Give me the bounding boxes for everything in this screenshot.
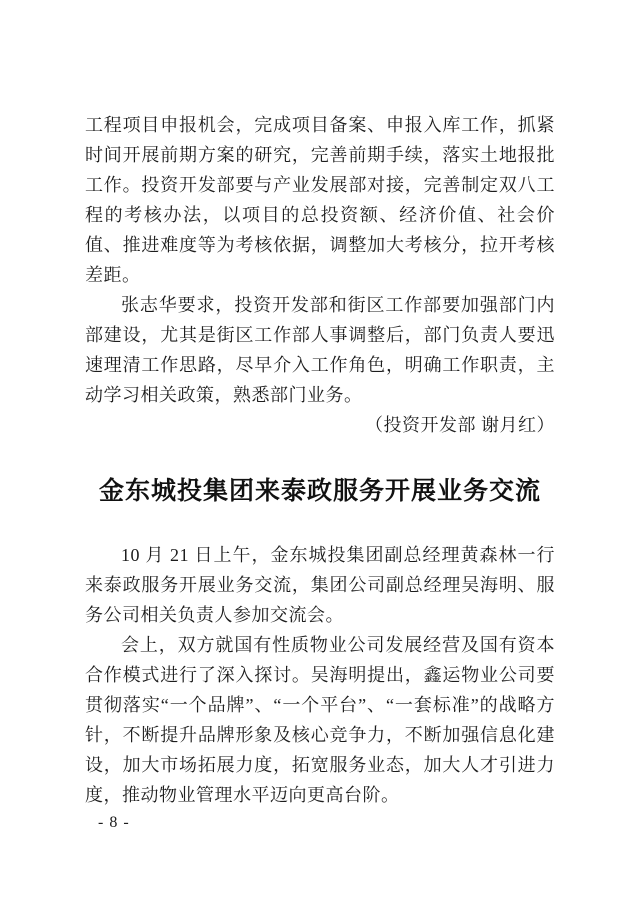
- page-number: - 8 -: [98, 812, 130, 834]
- text-block: 工程项目申报机会，完成项目备案、申报入库工作，抓紧时间开展前期方案的研究，完善前…: [85, 110, 555, 810]
- previous-article-paragraph-continuation: 工程项目申报机会，完成项目备案、申报入库工作，抓紧时间开展前期方案的研究，完善前…: [85, 110, 555, 290]
- article-paragraph-1: 10 月 21 日上午，金东城投集团副总经理黄森林一行来泰政服务开展业务交流，集…: [85, 540, 555, 630]
- previous-article-byline: （投资开发部 谢月红）: [85, 410, 555, 440]
- document-page: 工程项目申报机会，完成项目备案、申报入库工作，抓紧时间开展前期方案的研究，完善前…: [0, 0, 636, 900]
- article-title: 金东城投集团来泰政服务开展业务交流: [85, 476, 555, 508]
- article-paragraph-2: 会上，双方就国有性质物业公司发展经营及国有资本合作模式进行了深入探讨。吴海明提出…: [85, 630, 555, 810]
- previous-article-paragraph: 张志华要求，投资开发部和街区工作部要加强部门内部建设，尤其是街区工作部人事调整后…: [85, 290, 555, 410]
